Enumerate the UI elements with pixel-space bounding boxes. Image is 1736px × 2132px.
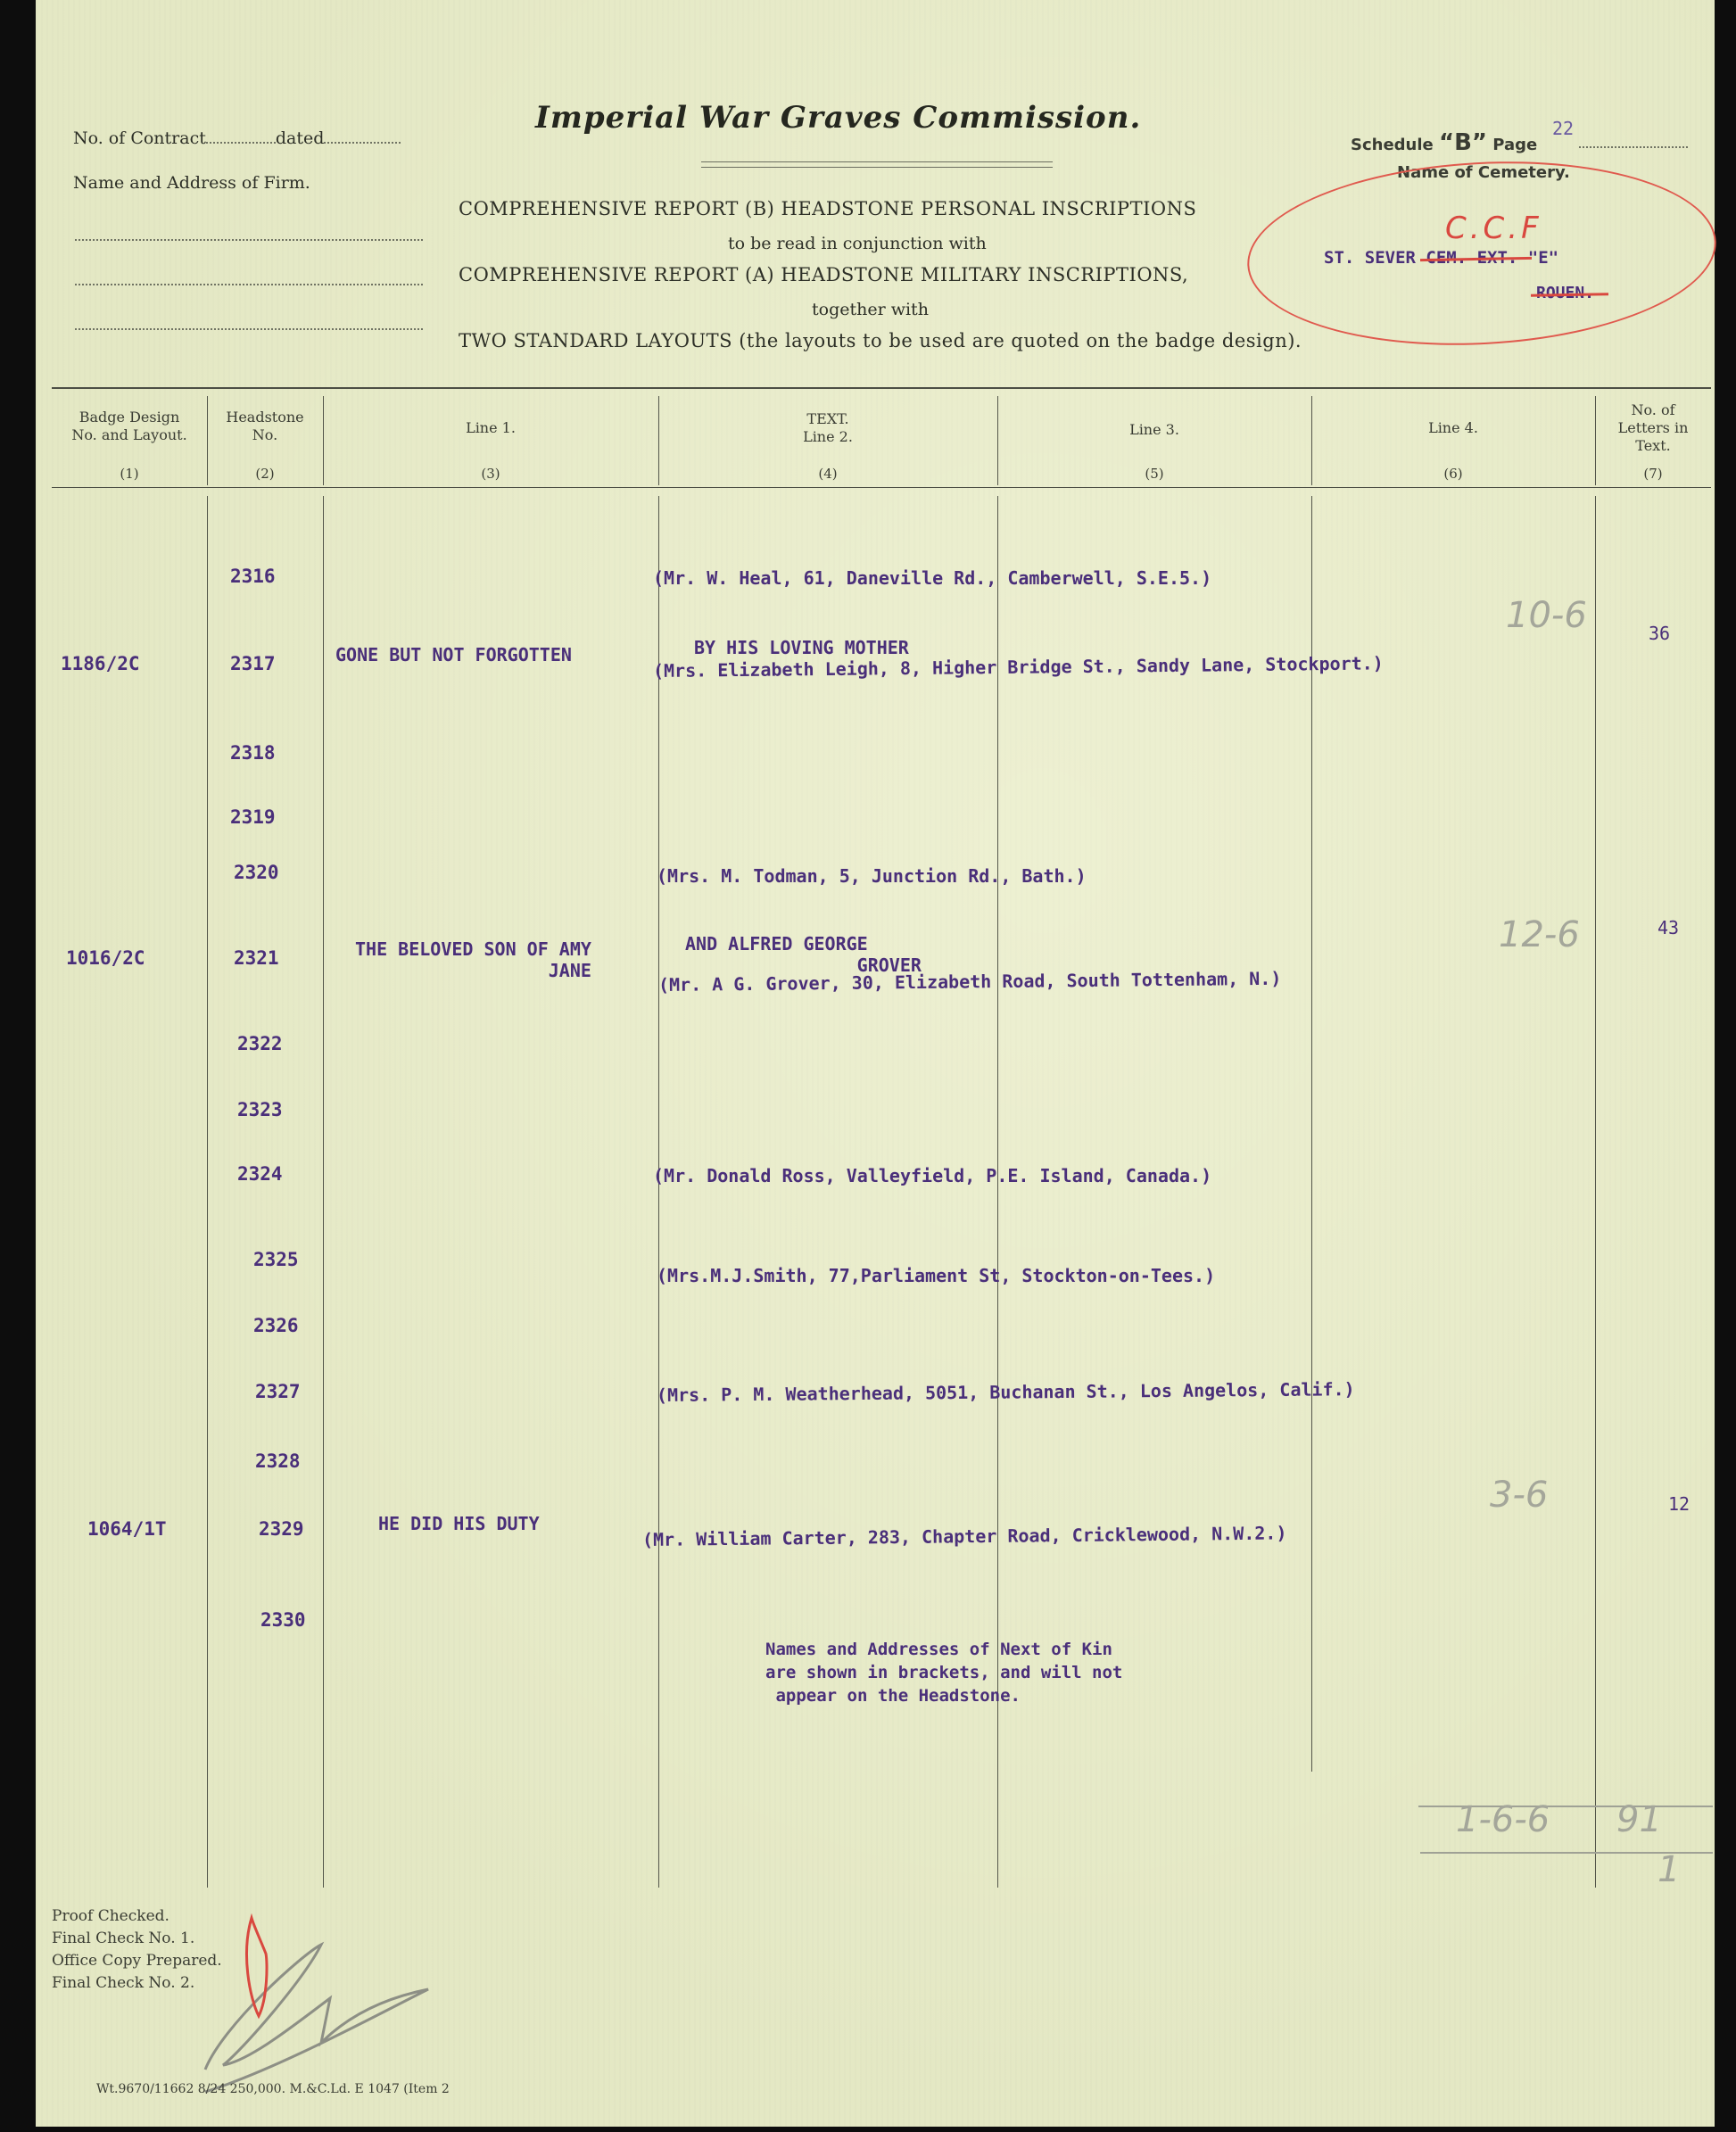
- dated-label: dated: [276, 128, 325, 148]
- column-divider-6: [1595, 496, 1596, 1888]
- cemetery-name-prefix: ST. SEVER: [1324, 248, 1426, 268]
- page-dots: [1579, 146, 1688, 148]
- total-letters-below: 1: [1657, 1859, 1680, 1880]
- report-line-together: together with: [812, 300, 929, 319]
- letter-count: 43: [1657, 917, 1679, 938]
- column-number-7: (7): [1595, 466, 1711, 482]
- column-divider-1: [207, 496, 208, 1888]
- cemetery-city-struck: ROUEN.: [1536, 284, 1594, 302]
- inscription-line-1: GONE BUT NOT FORGOTTEN: [335, 644, 572, 665]
- next-of-kin: (Mr. Donald Ross, Valleyfield, P.E. Isla…: [653, 1165, 1211, 1186]
- inscription-line-1: THE BELOVED SON OF AMY JANE: [355, 938, 591, 981]
- letter-count: 12: [1668, 1493, 1690, 1515]
- dated-dots: [324, 142, 401, 144]
- headstone-number: 2322: [237, 1033, 283, 1054]
- column-header-line2: TEXT. Line 2.: [658, 410, 997, 446]
- total-cost: 1-6-6: [1456, 1809, 1550, 1830]
- next-of-kin: (Mrs.M.J.Smith, 77,Parliament St, Stockt…: [657, 1265, 1215, 1286]
- cemetery-city: ROUEN.: [1536, 284, 1594, 302]
- printer-imprint: Wt.9670/11662 8/24 250,000. M.&C.Ld. E 1…: [96, 2082, 450, 2096]
- firm-line-3: [75, 328, 423, 330]
- organization-title: Imperial War Graves Commission.: [535, 100, 1141, 136]
- headstone-number: 2316: [230, 566, 276, 587]
- next-of-kin: (Mrs. M. Todman, 5, Junction Rd., Bath.): [657, 865, 1087, 887]
- total-letters: 91: [1616, 1809, 1662, 1830]
- report-line-conjunction: to be read in conjunction with: [728, 234, 987, 253]
- firm-line-2: [75, 284, 423, 285]
- headstone-number: 2326: [253, 1315, 299, 1336]
- inscription-line-1: HE DID HIS DUTY: [378, 1513, 540, 1534]
- report-line-a: COMPREHENSIVE REPORT (A) HEADSTONE MILIT…: [459, 264, 1188, 285]
- headstone-number: 2318: [230, 742, 276, 764]
- badge-design: 1186/2C: [61, 653, 140, 674]
- schedule-label-group: Schedule “B” Page: [1351, 129, 1537, 156]
- inscription-line-2: BY HIS LOVING MOTHER: [694, 637, 909, 658]
- column-header-line4: Line 4.: [1311, 419, 1595, 437]
- schedule-label: Schedule: [1351, 136, 1434, 154]
- report-line-layouts: TWO STANDARD LAYOUTS (the layouts to be …: [459, 330, 1302, 351]
- column-header-headstone: Headstone No.: [207, 409, 323, 444]
- column-divider-3: [658, 496, 659, 1888]
- table-top-rule: [52, 387, 1711, 389]
- contract-field: No. of Contractdated: [73, 128, 401, 148]
- page-label: Page: [1492, 136, 1537, 154]
- next-of-kin: (Mr. W. Heal, 61, Daneville Rd., Camberw…: [653, 567, 1211, 589]
- page-number: 22: [1552, 118, 1574, 139]
- column-number-1: (1): [52, 466, 207, 482]
- badge-design: 1016/2C: [66, 947, 145, 969]
- headstone-number: 2328: [255, 1450, 301, 1472]
- cemetery-name-struck: CEM. EXT.: [1426, 248, 1517, 268]
- column-number-4: (4): [658, 466, 997, 482]
- headstone-number: 2319: [230, 806, 276, 828]
- schedule-value: “B”: [1439, 129, 1487, 156]
- report-line-b: COMPREHENSIVE REPORT (B) HEADSTONE PERSO…: [459, 198, 1196, 219]
- column-header-line3: Line 3.: [997, 421, 1311, 439]
- headstone-number: 2329: [259, 1518, 304, 1540]
- title-double-rule: [701, 161, 1053, 168]
- headstone-number: 2320: [234, 862, 279, 883]
- headstone-number: 2325: [253, 1249, 299, 1270]
- pencil-cost: 10-6: [1506, 605, 1587, 626]
- red-annotation-ccf: C.C.F: [1445, 211, 1542, 246]
- column-divider-5: [1311, 496, 1312, 1772]
- headstone-number: 2330: [260, 1609, 306, 1631]
- firm-label: Name and Address of Firm.: [73, 173, 310, 193]
- column-number-3: (3): [323, 466, 658, 482]
- headstone-number: 2317: [230, 653, 276, 674]
- column-header-letters: No. of Letters in Text.: [1595, 401, 1711, 455]
- column-number-2: (2): [207, 466, 323, 482]
- table-header-rule: [52, 487, 1711, 488]
- headstone-number: 2321: [234, 947, 279, 969]
- pencil-cost: 12-6: [1499, 924, 1580, 946]
- column-number-5: (5): [997, 466, 1311, 482]
- inscription-line-2: AND ALFRED GEORGE GROVER: [685, 933, 922, 976]
- letter-count: 36: [1649, 623, 1670, 644]
- cemetery-name: ST. SEVER CEM. EXT. "E": [1324, 248, 1558, 268]
- column-header-line1: Line 1.: [323, 419, 658, 437]
- column-header-badge: Badge Design No. and Layout.: [52, 409, 207, 444]
- firm-line-1: [75, 239, 423, 241]
- next-of-kin-note: Names and Addresses of Next of Kin are s…: [765, 1638, 1122, 1707]
- contract-dots: [206, 142, 276, 144]
- headstone-number: 2324: [237, 1163, 283, 1185]
- contract-label: No. of Contract: [73, 128, 206, 148]
- column-divider-2: [323, 496, 324, 1888]
- headstone-number: 2323: [237, 1099, 283, 1120]
- headstone-number: 2327: [255, 1381, 301, 1402]
- signature-initials: [169, 1900, 455, 2105]
- badge-design: 1064/1T: [87, 1518, 167, 1540]
- column-number-6: (6): [1311, 466, 1595, 482]
- pencil-cost: 3-6: [1490, 1484, 1548, 1506]
